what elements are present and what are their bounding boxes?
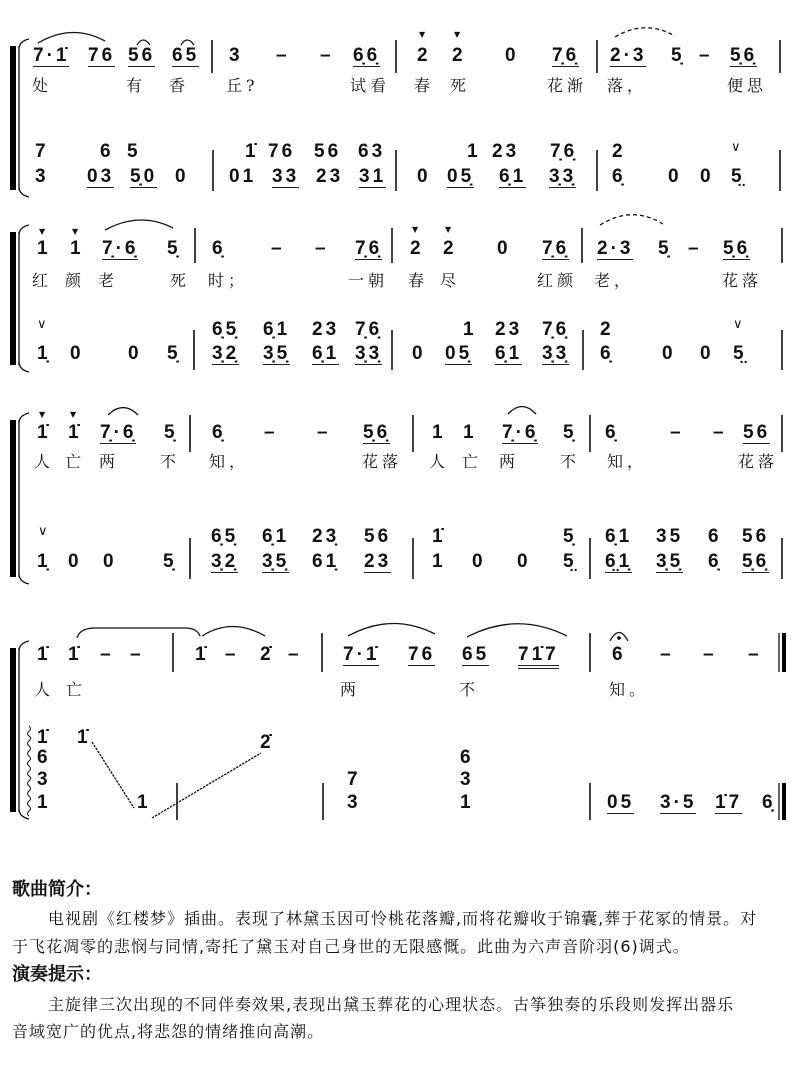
accent-mark-icon: ▼ — [39, 411, 45, 419]
melody-sustain: – — [317, 423, 331, 443]
melody-note: 1̇ — [195, 645, 209, 665]
glissando-line — [152, 753, 261, 818]
melody-note: 1̇ — [37, 645, 51, 665]
final-double-barline — [779, 633, 786, 820]
accomp-note-lower: 3̣5̣ — [656, 552, 683, 573]
accomp-note-upper: 1 — [467, 142, 481, 162]
glissando-line — [92, 742, 134, 808]
accomp-note-upper: 6 — [708, 527, 722, 547]
chord-note: 6 — [460, 748, 474, 768]
chord-note: 3 — [347, 793, 361, 813]
slur — [38, 32, 105, 43]
slur — [105, 220, 173, 230]
paragraph-line: 音域宽广的优点,将悲怨的情绪推向高潮。 — [12, 1023, 324, 1041]
accomp-note-upper: 6̣1 — [262, 527, 289, 547]
accent-mark-icon: ▼ — [454, 31, 460, 39]
melody-rest: 0 — [497, 239, 511, 259]
chord-note: 1 — [460, 793, 474, 813]
lyric-syllable: 试看 — [350, 77, 390, 95]
melody-note: 7̣6̣ — [552, 46, 579, 67]
accomp-note-lower: 5̤ — [731, 167, 745, 187]
melody-note: 2·3 — [597, 239, 633, 260]
system-bracket — [10, 225, 29, 372]
accent-mark-icon: ▼ — [39, 228, 45, 236]
accomp-note-upper: 56 — [742, 527, 769, 547]
paragraph-line: 主旋律三次出现的不同伴奏效果,表现出黛玉葬花的心理状态。古筝独奏的乐段则发挥出器… — [48, 996, 734, 1014]
melody-sustain: – — [276, 46, 290, 66]
accomp-note-lower: 5̤ — [563, 552, 577, 572]
lyric-syllable: 两 — [499, 453, 519, 471]
melody-sustain: – — [713, 423, 727, 443]
lyric-syllable: 知， — [607, 453, 647, 471]
accomp-note-upper: 35 — [656, 527, 683, 547]
lyric-syllable: 颜 — [65, 272, 85, 290]
melody-sustain: – — [130, 645, 144, 665]
accomp-note-lower: 3̣5̣ — [263, 344, 290, 365]
accomp-note-lower: 5̣ — [163, 552, 177, 572]
accomp-note-lower: 5̣6̣ — [742, 552, 769, 573]
fermata-icon — [610, 633, 628, 642]
accomp-note-lower: 3̣2̣ — [212, 344, 239, 365]
accomp-note-lower: 6̣1 — [499, 167, 526, 188]
section-heading: 演奏提示： — [12, 965, 102, 985]
accomp-note-lower: 6̤1̣ — [605, 552, 632, 573]
melody-note: 2 — [417, 46, 431, 66]
chord-note: 6 — [37, 748, 51, 768]
melody-note: 76 — [88, 46, 115, 67]
lyric-syllable: 知， — [209, 453, 249, 471]
melody-note: 5̣6̣ — [363, 423, 390, 444]
accomp-note-upper: 5 — [127, 142, 141, 162]
accent-mark-icon: ▼ — [412, 226, 418, 234]
melody-note: 7̣6̣ — [355, 239, 382, 260]
accomp-note-lower: 1̣ — [37, 552, 51, 572]
accomp-note-lower: 5̣ — [167, 344, 181, 364]
melody-sustain: – — [264, 423, 278, 443]
accomp-note-lower: 0 — [700, 167, 714, 187]
melody-sustain: – — [288, 645, 302, 665]
lyric-syllable: 不 — [160, 453, 180, 471]
accomp-note-upper: 6̣5̣ — [212, 320, 239, 340]
melody-note: 5̣ — [164, 423, 178, 443]
slur — [108, 408, 138, 416]
slur — [202, 627, 265, 637]
accomp-note-upper: 56 — [364, 527, 391, 547]
system-bracket — [10, 413, 29, 584]
accomp-note-upper: 63 — [358, 142, 385, 162]
melody-note: 2 — [452, 46, 466, 66]
accomp-note-lower: 0 — [662, 344, 676, 364]
accomp-note-lower: 0 — [668, 167, 682, 187]
melody-sustain: – — [100, 645, 114, 665]
lyric-syllable: 不 — [459, 681, 479, 699]
accomp-note-lower: 0 — [700, 344, 714, 364]
lyric-syllable: 两 — [340, 681, 360, 699]
melody-note: 2 — [410, 239, 424, 259]
melody-note: 6̣ — [605, 423, 619, 443]
accomp-note-lower: 01 — [229, 167, 256, 187]
melody-note: 56 — [128, 46, 155, 67]
lyric-syllable: 尽 — [440, 272, 460, 290]
accomp-note-upper: 5̣ — [563, 527, 577, 547]
accomp-note-upper: 1̇ — [245, 142, 259, 162]
accomp-note-lower: 3̣3̣ — [355, 344, 382, 365]
melody-note: 5̣ — [671, 46, 685, 66]
melody-note: 5̣ — [167, 239, 181, 259]
melody-note: 6 — [612, 645, 626, 665]
lyric-syllable: 亡 — [462, 453, 482, 471]
accomp-note-lower: 3̣5̣ — [262, 552, 289, 573]
lyric-syllable: 死 — [450, 77, 470, 95]
accomp-note-lower: 0 — [128, 344, 142, 364]
breath-mark-icon: ∨ — [733, 318, 743, 332]
lyric-syllable: 春 — [414, 77, 434, 95]
chord-note: 1̇ — [37, 728, 51, 748]
breath-mark-icon: ∨ — [731, 141, 741, 155]
accomp-note-upper: 2 — [612, 142, 626, 162]
melody-note: 1 — [463, 423, 477, 443]
melody-note: 5̣6̣ — [730, 46, 757, 67]
accomp-note-upper: 7̣6̣ — [355, 320, 382, 340]
paragraph-line: 电视剧《红楼梦》插曲。表现了林黛玉因可怜桃花落瓣,而将花瓣收于锦囊,葬于花冢的情… — [48, 910, 757, 928]
accomp-note-lower: 0 — [412, 344, 426, 364]
lyric-syllable: 春 — [408, 272, 428, 290]
accomp-note-lower: 23 — [316, 167, 343, 187]
accomp-note-lower: 1̣ — [37, 344, 51, 364]
accomp-note-upper: 1̇ — [432, 527, 446, 547]
melody-note: 1 — [432, 423, 446, 443]
lyric-syllable: 死 — [170, 272, 190, 290]
accent-mark-icon: ▼ — [70, 411, 76, 419]
lyric-syllable: 落， — [607, 77, 647, 95]
slur-dashed — [600, 215, 663, 225]
accomp-note-lower: 23 — [364, 552, 391, 573]
accomp-note-lower: 0 — [472, 552, 486, 572]
chord-note: 1 — [37, 793, 51, 813]
lyric-syllable: 红颜 — [537, 272, 577, 290]
melody-sustain: – — [699, 46, 713, 66]
lyric-syllable: 丘? — [226, 77, 259, 95]
chord-note: 3 — [37, 770, 51, 790]
accomp-note-upper: 23 — [495, 320, 522, 340]
accomp-note-upper: 2 — [600, 320, 614, 340]
melody-rest: 0 — [505, 46, 519, 66]
lyric-syllable: 便思 — [727, 77, 767, 95]
melody-note: 3 — [229, 46, 243, 66]
lyric-syllable: 不 — [560, 453, 580, 471]
accomp-note-lower: 6̣ — [762, 793, 776, 813]
paragraph-line: 于飞花凋零的悲悯与同情,寄托了黛玉对自己身世的无限感慨。此曲为六声音阶羽(6)调… — [12, 938, 690, 956]
chord-note: 3 — [460, 770, 474, 790]
slur — [467, 624, 567, 637]
melody-note: 1̇ — [68, 423, 82, 443]
melody-sustain: – — [225, 645, 239, 665]
accomp-note-upper: 6 — [100, 142, 114, 162]
melody-note: 2̇ — [260, 645, 274, 665]
accent-mark-icon: ▼ — [72, 228, 78, 236]
melody-note: 1 — [37, 239, 51, 259]
melody-sustain: – — [271, 239, 285, 259]
lyric-syllable: 亡 — [65, 453, 85, 471]
slur-dashed — [615, 28, 675, 37]
lyric-syllable: 人 — [34, 681, 54, 699]
accent-mark-icon: ▼ — [445, 226, 451, 234]
lyric-syllable: 两 — [99, 453, 119, 471]
lyric-syllable: 处 — [32, 77, 52, 95]
lyric-syllable: 红 — [32, 272, 52, 290]
lyric-syllable: 香 — [169, 77, 189, 95]
melody-note: 5̣ — [563, 423, 577, 443]
accomp-note-lower: 6̣ — [708, 552, 722, 572]
accomp-note-lower: 0 — [70, 344, 84, 364]
accomp-note-lower: 0 — [103, 552, 117, 572]
accomp-note-lower: 6̣ — [612, 167, 626, 187]
accomp-note-lower: 05̣ — [445, 344, 472, 365]
melody-note: 65 — [172, 46, 199, 67]
lyric-syllable: 一朝 — [348, 272, 388, 290]
melody-note: 5̣ — [658, 239, 672, 259]
melody-note: 6̣ — [212, 423, 226, 443]
accomp-note-lower: 6̣1 — [312, 344, 339, 365]
melody-note: 6̣ — [212, 239, 226, 259]
breath-mark-icon: ∨ — [37, 318, 47, 332]
accomp-note-lower: 3̣3̣ — [549, 167, 576, 188]
melody-note: 7·1̇ — [343, 645, 379, 666]
melody-note: 76 — [408, 645, 435, 666]
lyric-syllable: 亡 — [66, 681, 86, 699]
accomp-note-lower: 6̣ — [600, 344, 614, 364]
lyric-syllable: 花落 — [362, 453, 402, 471]
accomp-note-upper: 6̣5̣ — [211, 527, 238, 547]
melody-note: 65 — [462, 645, 489, 666]
accomp-note-lower: 1̇7 — [715, 793, 742, 814]
melody-note: 1̇ — [37, 423, 51, 443]
accomp-note-lower: 0 — [517, 552, 531, 572]
accomp-note-upper: 6̣1 — [263, 320, 290, 340]
lyric-syllable: 花落 — [722, 272, 762, 290]
accomp-note-lower: 5̤ — [733, 344, 747, 364]
melody-note: 7̣6̣ — [542, 239, 569, 260]
accomp-note-lower: 61̣ — [312, 552, 339, 572]
lyric-syllable: 有 — [126, 77, 146, 95]
melody-note: 7̣·6̣ — [100, 423, 136, 444]
accomp-note-upper: 7̣6̣ — [550, 142, 577, 162]
melody-sustain: – — [670, 423, 684, 443]
melody-sustain: – — [703, 645, 717, 665]
lyric-syllable: 人 — [34, 453, 54, 471]
glissando-note: 1 — [137, 793, 151, 813]
accomp-note-lower: 3 — [35, 167, 49, 187]
accomp-note-upper: 1 — [463, 320, 477, 340]
accomp-note-upper: 76 — [268, 142, 295, 162]
melody-sustain: – — [660, 645, 674, 665]
accomp-note-lower: 6̣1 — [495, 344, 522, 365]
melody-sustain: – — [320, 46, 334, 66]
breath-mark-icon: ∨ — [38, 525, 48, 539]
lyric-syllable: 花渐 — [547, 77, 587, 95]
accomp-note-lower: 03 — [87, 167, 114, 188]
accomp-note-lower: 3̣3̣ — [542, 344, 569, 365]
glissando-start-note: 1̇ — [77, 728, 91, 748]
accomp-note-upper: 23̣ — [312, 527, 339, 547]
accomp-note-lower: 33 — [272, 167, 299, 188]
melody-note: 1 — [70, 239, 84, 259]
accomp-note-upper: 56 — [314, 142, 341, 162]
glissando-end-note: 2̇ — [260, 733, 274, 753]
accomp-note-lower: 5̣0 — [130, 167, 157, 188]
melody-note: 5̣6̣ — [723, 239, 750, 260]
accomp-note-upper: 23 — [492, 142, 519, 162]
melody-note: 6̣6̣ — [353, 46, 380, 67]
accomp-note-upper: 7 — [35, 142, 49, 162]
lyric-syllable: 时； — [208, 272, 248, 290]
accomp-note-lower: 0 — [417, 167, 431, 187]
lyric-syllable: 老 — [98, 272, 118, 290]
melody-sustain: – — [315, 239, 329, 259]
melody-note: 7̣·6̣ — [502, 423, 538, 444]
system-bracket — [10, 641, 29, 819]
accomp-note-lower: 05 — [607, 793, 634, 814]
system-bracket — [10, 39, 29, 197]
melody-note: 2 — [443, 239, 457, 259]
lyric-syllable: 老， — [594, 272, 634, 290]
score-page: ▼ ▼ 7·1̇ 76 56 65 3 – – 6̣6̣ 2 2 0 7̣6̣ … — [0, 0, 800, 1083]
melody-note: 7̣·6̣ — [102, 239, 138, 260]
accomp-note-lower: 3·5 — [660, 793, 696, 814]
accomp-note-upper: 23 — [312, 320, 339, 340]
melody-sustain: – — [688, 239, 702, 259]
accomp-note-lower: 0 — [175, 167, 189, 187]
melody-sustain: – — [748, 645, 762, 665]
accomp-note-lower: 1 — [432, 552, 446, 572]
melody-note: 56 — [743, 423, 770, 444]
accomp-note-lower: 31 — [359, 167, 386, 188]
accomp-note-upper: 6̣1 — [605, 527, 632, 547]
melody-note: 71̇7 — [518, 645, 559, 669]
arpeggio-icon — [28, 726, 31, 816]
lyric-syllable: 人 — [429, 453, 449, 471]
lyric-syllable: 花落 — [738, 453, 778, 471]
accent-mark-icon: ▼ — [419, 31, 425, 39]
slur — [77, 628, 200, 638]
section-heading: 歌曲简介： — [12, 880, 102, 900]
accomp-note-lower: 3̣2̣ — [211, 552, 238, 573]
melody-note: 2·3 — [610, 46, 646, 67]
melody-note: 1̇ — [68, 645, 82, 665]
slur — [348, 623, 435, 636]
melody-note: 7·1̇ — [33, 46, 69, 67]
accomp-note-lower: 05̣ — [447, 167, 474, 188]
accomp-note-lower: 0 — [68, 552, 82, 572]
accomp-note-upper: 7̣6̣ — [542, 320, 569, 340]
lyric-syllable: 知。 — [609, 681, 649, 699]
slur — [508, 407, 536, 415]
chord-note: 7 — [347, 770, 361, 790]
